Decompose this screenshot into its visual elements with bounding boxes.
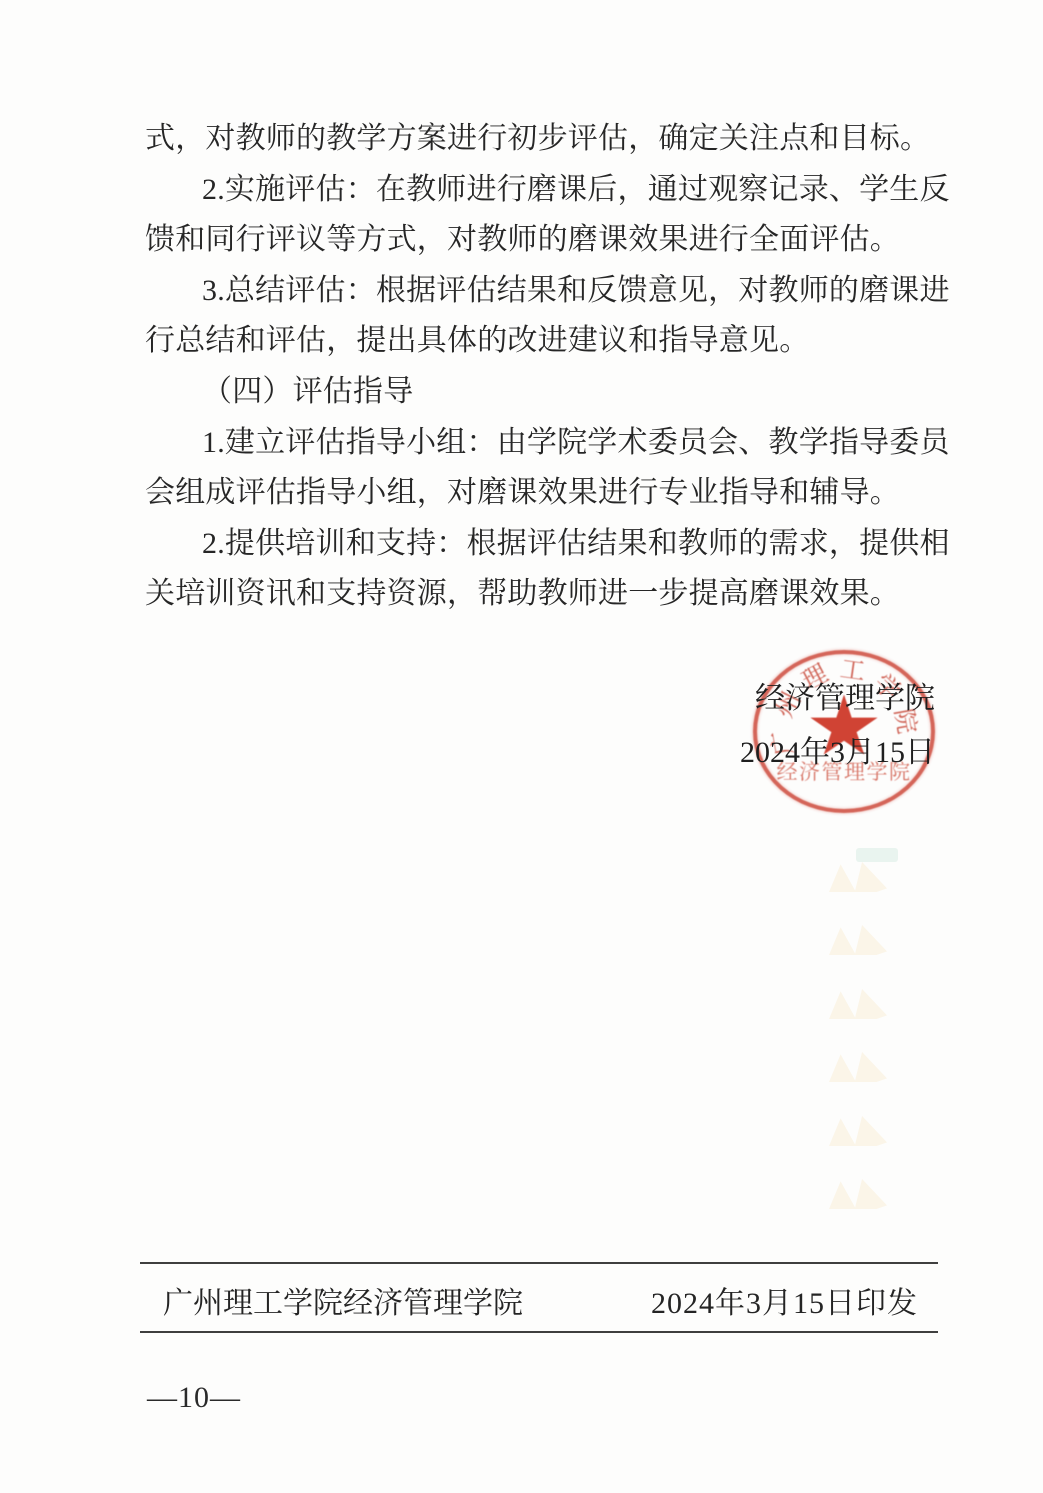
body-line-4: 3.总结评估：根据评估结果和反馈意见，对教师的磨课进	[145, 266, 945, 317]
page-number: —10—	[147, 1381, 241, 1415]
footer-info: 广州理工学院经济管理学院 2024年3月15日印发	[140, 1278, 938, 1322]
section-heading: （四）评估指导	[145, 367, 945, 418]
signature-organization: 经济管理学院	[740, 672, 935, 726]
body-line-3: 馈和同行评议等方式，对教师的磨课效果进行全面评估。	[145, 215, 945, 266]
footer-rule-top	[140, 1262, 938, 1264]
body-line-5: 行总结和评估，提出具体的改进建议和指导意见。	[145, 316, 945, 367]
body-line-10: 关培训资讯和支持资源，帮助教师进一步提高磨课效果。	[145, 569, 945, 620]
scan-artifact	[829, 1052, 887, 1082]
scan-artifact	[829, 1116, 887, 1146]
scan-artifact	[829, 1179, 887, 1209]
body-line-2: 2.实施评估：在教师进行磨课后，通过观察记录、学生反	[145, 165, 945, 216]
scan-artifact	[856, 848, 898, 862]
footer-print-date: 2024年3月15日印发	[651, 1278, 938, 1322]
signature-date: 2024年3月15日	[740, 726, 935, 780]
body-line-7: 1.建立评估指导小组：由学院学术委员会、教学指导委员	[145, 418, 945, 469]
footer-issuer: 广州理工学院经济管理学院	[140, 1278, 523, 1322]
body-line-8: 会组成评估指导小组，对磨课效果进行专业指导和辅导。	[145, 468, 945, 519]
document-page: 式，对教师的教学方案进行初步评估，确定关注点和目标。 2.实施评估：在教师进行磨…	[0, 0, 1043, 1493]
scan-artifact	[829, 989, 887, 1019]
scan-artifact	[829, 925, 887, 955]
signature-block: 经济管理学院 2024年3月15日	[740, 672, 935, 780]
document-body: 式，对教师的教学方案进行初步评估，确定关注点和目标。 2.实施评估：在教师进行磨…	[145, 114, 945, 620]
body-line-1: 式，对教师的教学方案进行初步评估，确定关注点和目标。	[145, 114, 945, 165]
scan-artifact	[829, 862, 887, 892]
body-line-9: 2.提供培训和支持：根据评估结果和教师的需求，提供相	[145, 519, 945, 570]
footer-rule-bottom	[140, 1331, 938, 1333]
